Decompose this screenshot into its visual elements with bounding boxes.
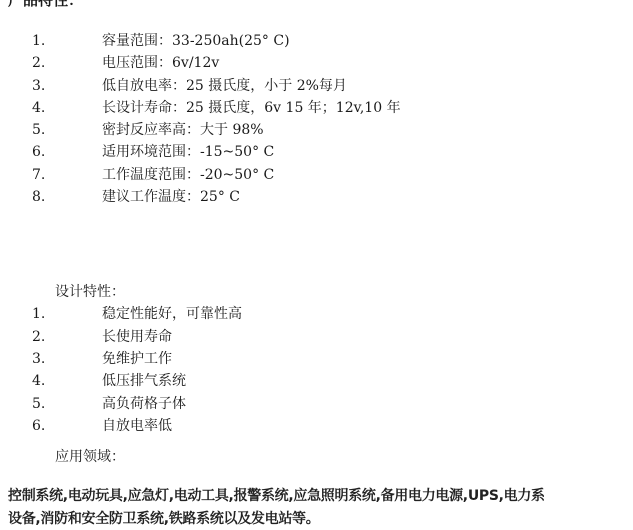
- list-number: 2.: [32, 54, 45, 72]
- list-number: 4.: [32, 372, 45, 390]
- list-item: 高负荷格子体: [102, 395, 186, 413]
- list-item: 适用环境范围：-15~50° C: [102, 143, 274, 161]
- list-number: 4.: [32, 99, 45, 117]
- design-features-heading: 设计特性：: [55, 283, 125, 301]
- list-number: 6.: [32, 417, 45, 435]
- list-item: 免维护工作: [102, 350, 172, 368]
- list-item: 低自放电率：25 摄氏度，小于 2%每月: [102, 77, 347, 95]
- list-item: 自放电率低: [102, 417, 172, 435]
- list-number: 5.: [32, 121, 45, 139]
- applications-text-line-1: 控制系统,电动玩具,应急灯,电动工具,报警系统,应急照明系统,备用电力电源,UP…: [8, 487, 545, 505]
- list-item: 建议工作温度：25° C: [102, 188, 240, 206]
- applications-heading: 应用领域：: [55, 448, 125, 466]
- list-number: 3.: [32, 77, 45, 95]
- list-item: 低压排气系统: [102, 372, 186, 390]
- list-item: 长使用寿命: [102, 328, 172, 346]
- list-number: 1.: [32, 32, 45, 50]
- list-item: 稳定性能好，可靠性高: [102, 305, 242, 323]
- list-number: 8.: [32, 188, 45, 206]
- list-number: 2.: [32, 328, 45, 346]
- list-item: 密封反应率高：大于 98%: [102, 121, 264, 139]
- list-item: 长设计寿命：25 摄氏度，6v 15 年；12v,10 年: [102, 99, 401, 117]
- list-number: 7.: [32, 166, 45, 184]
- list-number: 5.: [32, 395, 45, 413]
- list-item: 容量范围：33-250ah(25° C): [102, 32, 290, 50]
- list-number: 1.: [32, 305, 45, 323]
- list-item: 工作温度范围：-20~50° C: [102, 166, 274, 184]
- list-number: 3.: [32, 350, 45, 368]
- applications-text-line-2: 设备,消防和安全防卫系统,铁路系统以及发电站等。: [8, 510, 319, 528]
- list-item: 电压范围：6v/12v: [102, 54, 219, 72]
- list-number: 6.: [32, 143, 45, 161]
- product-features-heading: 产品特性：: [8, 0, 83, 9]
